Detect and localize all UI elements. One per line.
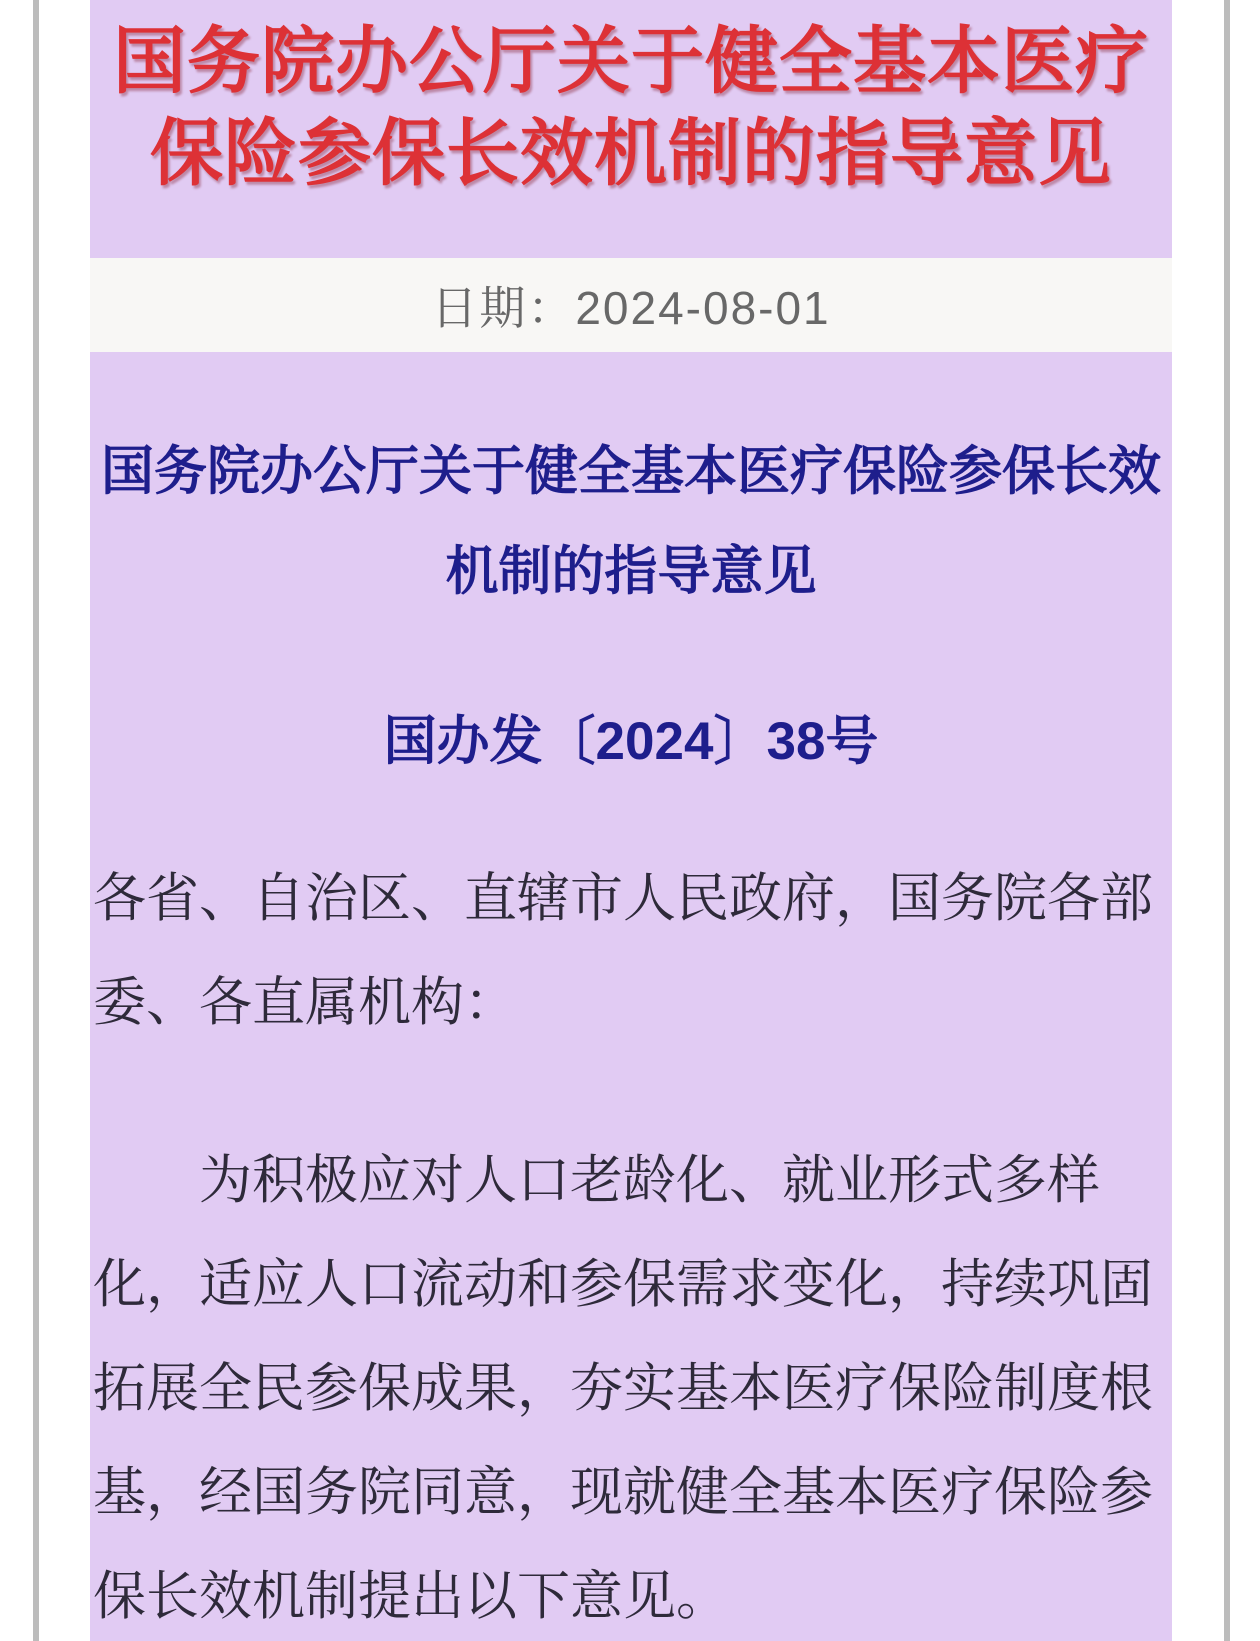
document-heading-line-2: 机制的指导意见 xyxy=(93,522,1169,622)
salutation: 各省、自治区、直辖市人民政府，国务院各部 委、各直属机构： xyxy=(93,847,1169,1055)
document-number: 国办发〔2024〕38号 xyxy=(93,692,1169,792)
body-paragraph: 为积极应对人口老龄化、就业形式多样 化，适应人口流动和参保需求变化，持续巩固 拓… xyxy=(93,1129,1169,1641)
article-card: 国务院办公厅关于健全基本医疗 保险参保长效机制的指导意见 日期：2024-08-… xyxy=(90,0,1172,1641)
banner-title-line-2: 保险参保长效机制的指导意见 xyxy=(90,108,1172,200)
salutation-line-1: 各省、自治区、直辖市人民政府，国务院各部 xyxy=(93,847,1169,951)
date-bar: 日期：2024-08-01 xyxy=(90,258,1172,352)
paragraph-line: 为积极应对人口老龄化、就业形式多样 xyxy=(93,1129,1169,1233)
paragraph-line: 基，经国务院同意，现就健全基本医疗保险参 xyxy=(93,1441,1169,1545)
paragraph-line: 化，适应人口流动和参保需求变化，持续巩固 xyxy=(93,1233,1169,1337)
paragraph-line: 保长效机制提出以下意见。 xyxy=(93,1545,1169,1641)
salutation-line-2: 委、各直属机构： xyxy=(93,951,1169,1055)
right-rule-line xyxy=(1224,0,1230,1641)
date-label: 日期：2024-08-01 xyxy=(431,272,830,338)
article-body: 国务院办公厅关于健全基本医疗保险参保长效 机制的指导意见 国办发〔2024〕38… xyxy=(90,422,1172,1641)
left-rule-line xyxy=(33,0,39,1641)
document-heading-line-1: 国务院办公厅关于健全基本医疗保险参保长效 xyxy=(93,422,1169,522)
paragraph-line: 拓展全民参保成果，夯实基本医疗保险制度根 xyxy=(93,1337,1169,1441)
banner-title: 国务院办公厅关于健全基本医疗 保险参保长效机制的指导意见 xyxy=(90,0,1172,258)
document-heading: 国务院办公厅关于健全基本医疗保险参保长效 机制的指导意见 xyxy=(93,422,1169,622)
banner-title-line-1: 国务院办公厅关于健全基本医疗 xyxy=(90,16,1172,108)
